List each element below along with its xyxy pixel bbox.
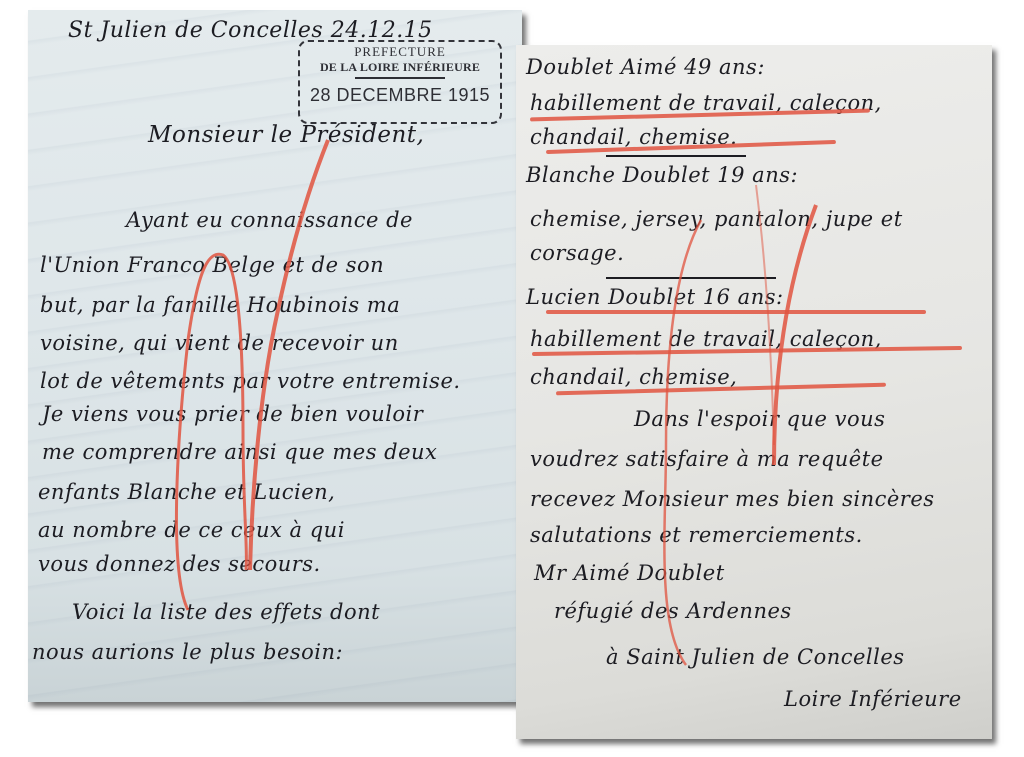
signature-name: Mr Aimé Doublet <box>534 561 725 585</box>
signature-address: à Saint Julien de Concelles <box>606 645 905 669</box>
body-line: vous donnez des secours. <box>38 552 321 576</box>
separator-rule <box>606 155 746 157</box>
body-line: voisine, qui vient de recevoir un <box>40 331 399 355</box>
list-heading-lucien: Lucien Doublet 16 ans: <box>526 285 784 309</box>
stamp-separator <box>355 77 445 79</box>
red-strikethrough <box>546 310 926 314</box>
list-items-blanche: chemise, jersey, pantalon, jupe et <box>530 207 903 231</box>
body-line: l'Union Franco Belge et de son <box>40 253 384 277</box>
closing-line: Dans l'espoir que vous <box>634 407 885 431</box>
prefecture-stamp: PREFECTURE DE LA LOIRE INFÉRIEURE 28 DEC… <box>298 40 502 124</box>
body-line: but, par la famille Houbinois ma <box>40 293 400 317</box>
signature-status: réfugié des Ardennes <box>554 599 792 623</box>
signature-region: Loire Inférieure <box>784 687 962 711</box>
closing-line: voudrez satisfaire à ma requête <box>530 447 884 471</box>
body-line: me comprendre ainsi que mes deux <box>42 440 437 464</box>
closing-line: recevez Monsieur mes bien sincères <box>530 487 935 511</box>
body-line: nous aurions le plus besoin: <box>32 640 343 664</box>
list-items-blanche: corsage. <box>530 241 624 265</box>
closing-line: salutations et remerciements. <box>530 523 863 547</box>
letter-page-right: Doublet Aimé 49 ans: habillement de trav… <box>516 45 992 739</box>
body-line: Voici la liste des effets dont <box>72 600 380 624</box>
list-items-lucien: chandail, chemise, <box>530 365 737 389</box>
stamp-date: 28 DECEMBRE 1915 <box>300 85 500 106</box>
salutation: Monsieur le Président, <box>148 122 424 148</box>
list-heading-aime: Doublet Aimé 49 ans: <box>526 55 765 79</box>
stamp-line1: PREFECTURE <box>300 44 500 60</box>
body-line: au nombre de ce ceux à qui <box>38 518 345 542</box>
body-line: lot de vêtements par votre entremise. <box>40 369 461 393</box>
letter-page-left: St Julien de Concelles 24.12.15 PREFECTU… <box>28 10 522 702</box>
body-line: Ayant eu connaissance de <box>126 208 413 232</box>
body-line: enfants Blanche et Lucien, <box>38 480 335 504</box>
stamp-line2: DE LA LOIRE INFÉRIEURE <box>300 60 500 75</box>
separator-rule <box>606 277 776 279</box>
list-heading-blanche: Blanche Doublet 19 ans: <box>526 163 798 187</box>
body-line: Je viens vous prier de bien vouloir <box>42 402 423 426</box>
